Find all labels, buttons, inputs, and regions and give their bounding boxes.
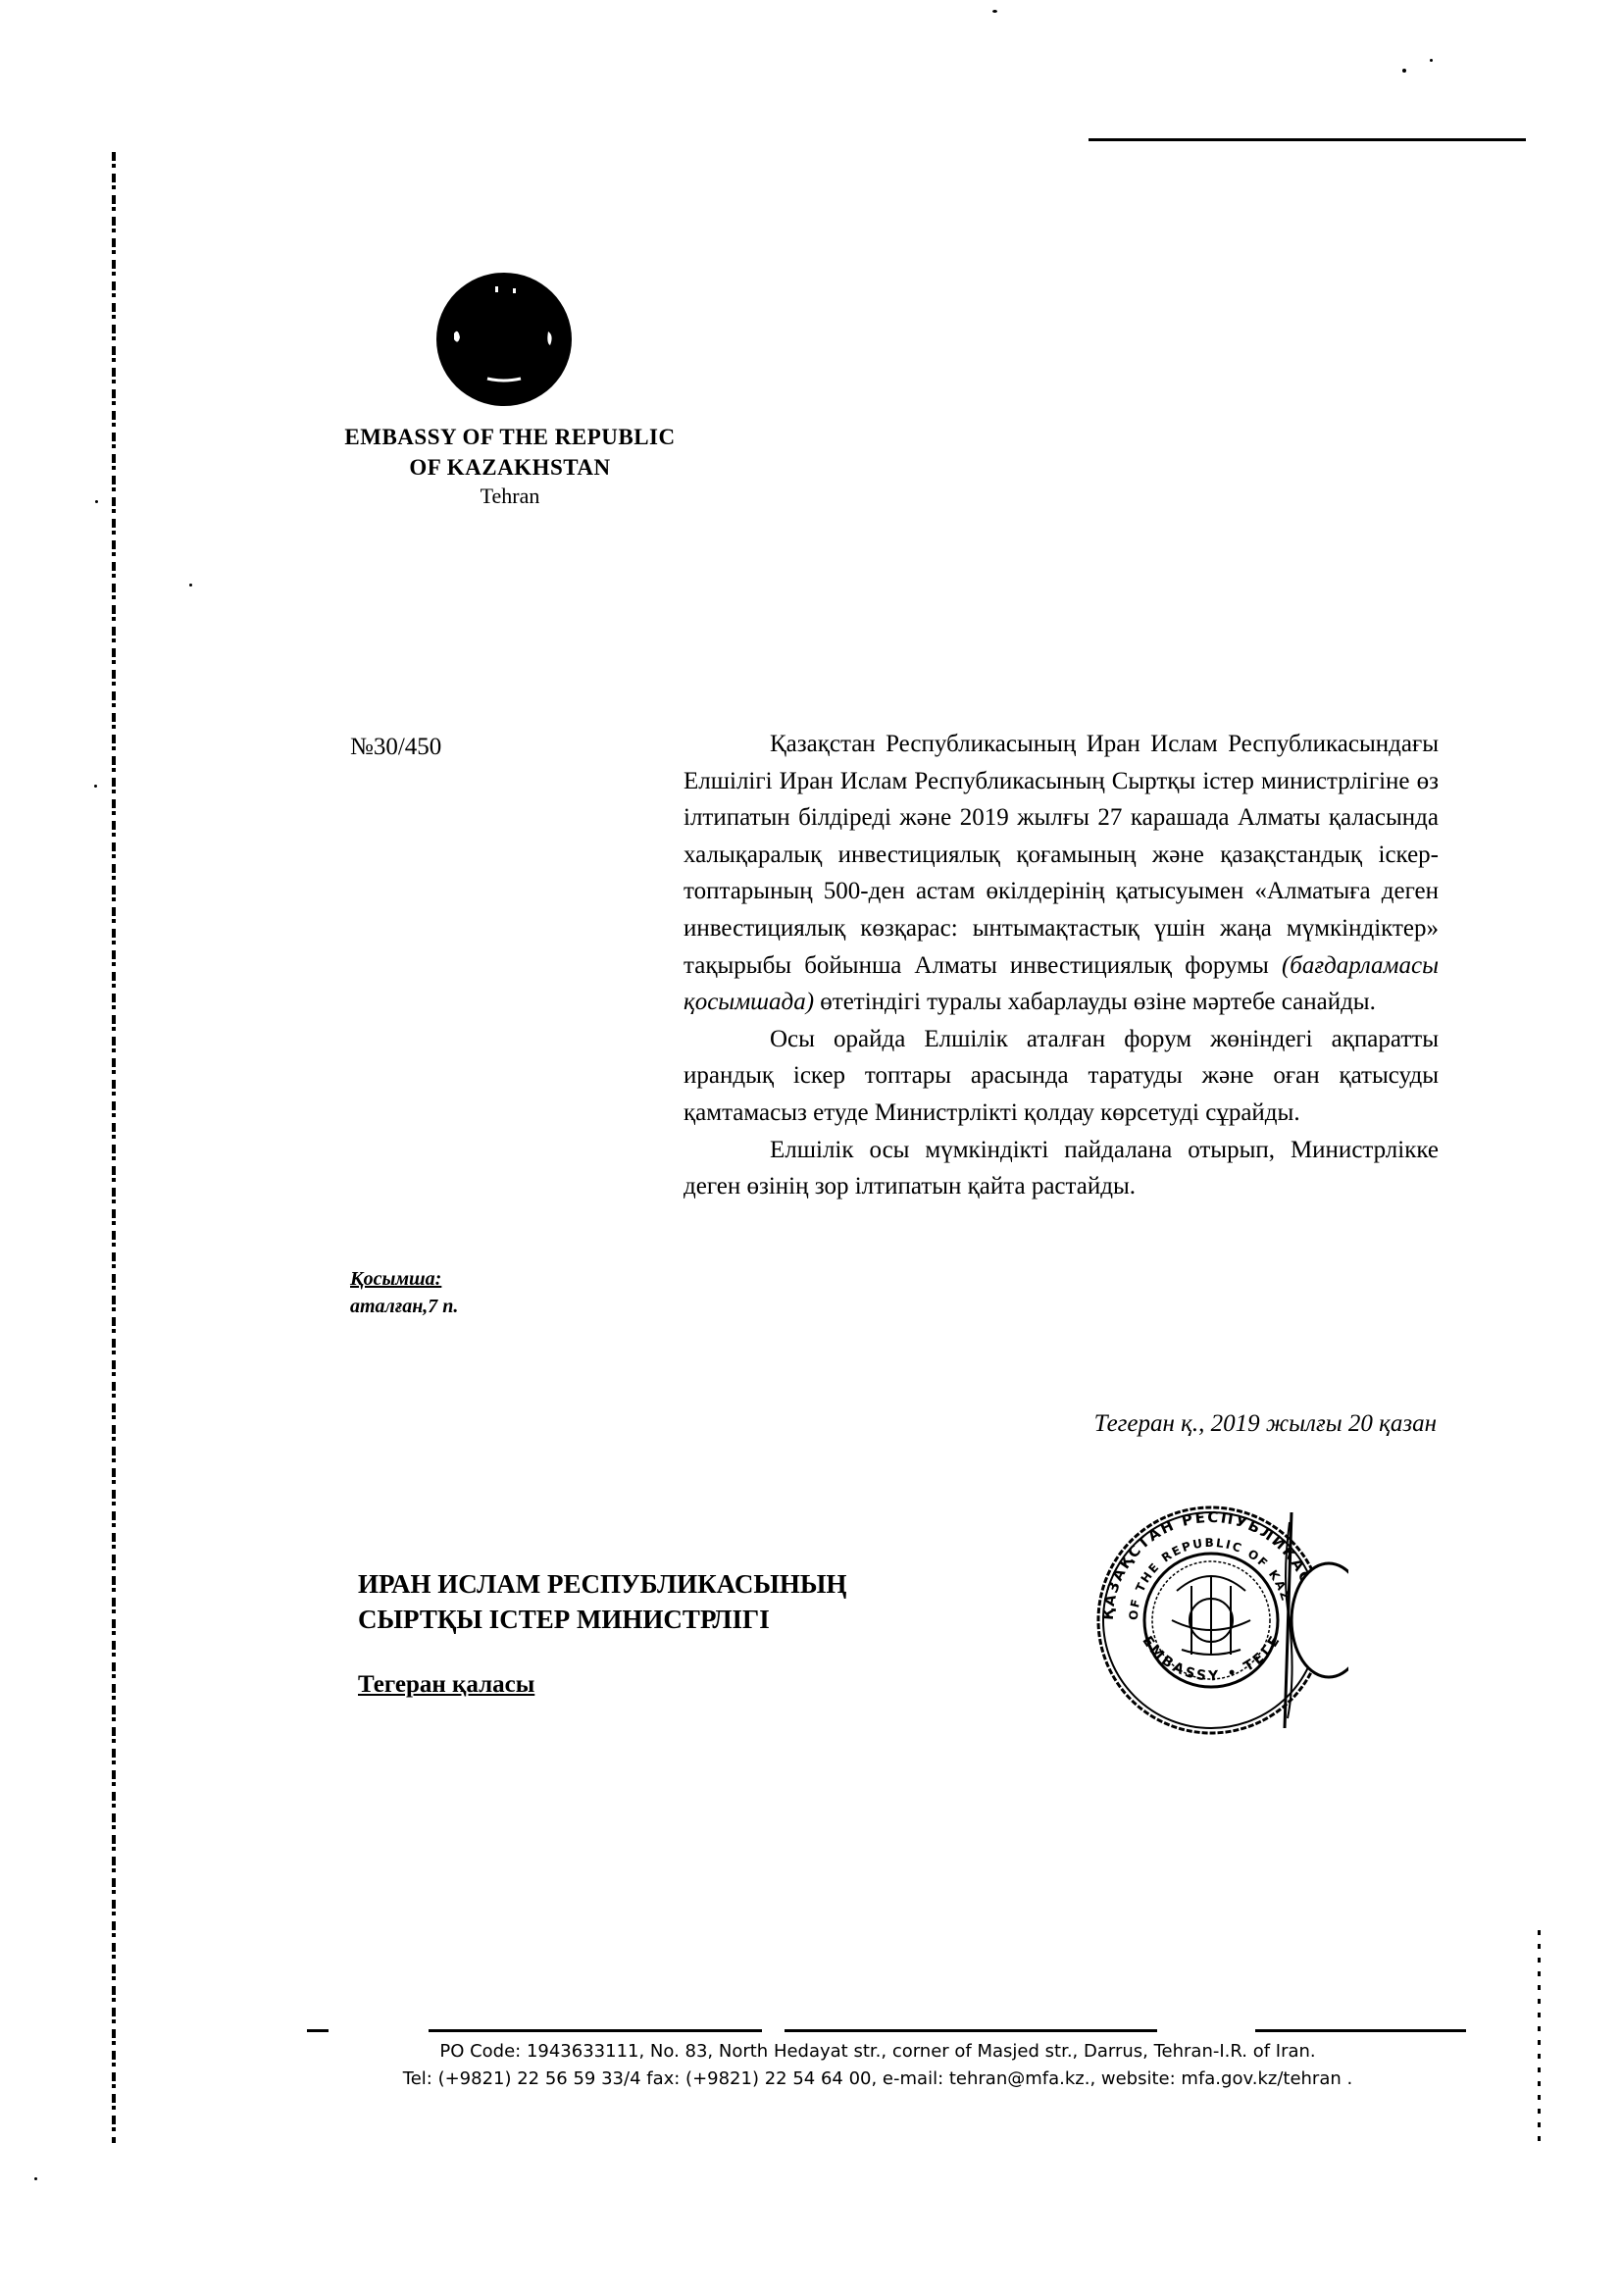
top-right-rule bbox=[1089, 138, 1526, 141]
attachment-note: Қосымша: аталған,7 п. bbox=[350, 1265, 458, 1320]
scan-dot bbox=[94, 785, 97, 788]
body-paragraph-3: Елшілік осы мүмкіндікті пайдалана отырып… bbox=[684, 1132, 1439, 1205]
footer-rule bbox=[1255, 2029, 1466, 2032]
reference-number: №30/450 bbox=[350, 734, 441, 761]
embassy-name: EMBASSY OF THE REPUBLIC OF KAZAKHSTAN bbox=[314, 422, 706, 483]
paragraph-text: өтетіндігі туралы хабарлауды өзіне мәрте… bbox=[820, 989, 1376, 1015]
addressee-line1: ИРАН ИСЛАМ РЕСПУБЛИКАСЫНЫҢ bbox=[358, 1566, 846, 1602]
addressee-block: ИРАН ИСЛАМ РЕСПУБЛИКАСЫНЫҢ СЫРТҚЫ ІСТЕР … bbox=[358, 1566, 846, 1637]
scan-dot bbox=[1402, 69, 1406, 73]
paragraph-text: Қазақстан Республикасының Иран Ислам Рес… bbox=[684, 731, 1439, 979]
footer-rule bbox=[307, 2029, 329, 2032]
addressee-city: Тегеран қаласы bbox=[358, 1671, 534, 1699]
letterhead-footer: PO Code: 1943633111, No. 83, North Heday… bbox=[333, 2038, 1422, 2093]
embassy-name-line1: EMBASSY OF THE REPUBLIC bbox=[314, 422, 706, 452]
footer-rule bbox=[785, 2029, 1157, 2032]
right-edge-marks bbox=[1538, 1930, 1541, 2146]
embassy-city: Tehran bbox=[314, 484, 706, 509]
letter-body: Қазақстан Республикасының Иран Ислам Рес… bbox=[684, 726, 1439, 1205]
scan-dot bbox=[95, 500, 98, 503]
date-place-line: Тегеран қ., 2019 жылғы 20 қазан bbox=[990, 1410, 1437, 1438]
scan-dot bbox=[992, 10, 997, 13]
scan-dot bbox=[34, 2177, 37, 2180]
body-paragraph-1: Қазақстан Республикасының Иран Ислам Рес… bbox=[684, 726, 1439, 1021]
attachment-label: Қосымша: bbox=[350, 1265, 458, 1293]
attachment-value: аталған,7 п. bbox=[350, 1293, 458, 1320]
scan-dot bbox=[189, 584, 192, 587]
footer-rule bbox=[429, 2029, 762, 2032]
scan-dot bbox=[1430, 59, 1433, 62]
state-emblem-icon bbox=[436, 273, 572, 406]
embassy-name-line2: OF KAZAKHSTAN bbox=[314, 452, 706, 483]
body-paragraph-2: Осы орайда Елшілік аталған форум жөнінде… bbox=[684, 1021, 1439, 1132]
embassy-seal-stamp-icon: ҚАЗАҚСТАН РЕСПУБЛИКАСЫНЫҢ OF THE REPUBLI… bbox=[1084, 1493, 1348, 1748]
binding-edge-marks bbox=[112, 152, 116, 2143]
svg-text:OF THE REPUBLIC OF KAZ: OF THE REPUBLIC OF KAZ bbox=[1127, 1536, 1293, 1620]
footer-address: PO Code: 1943633111, No. 83, North Heday… bbox=[333, 2038, 1422, 2066]
addressee-line2: СЫРТҚЫ ІСТЕР МИНИСТРЛІГІ bbox=[358, 1602, 846, 1637]
footer-contacts: Tel: (+9821) 22 56 59 33/4 fax: (+9821) … bbox=[333, 2066, 1422, 2093]
